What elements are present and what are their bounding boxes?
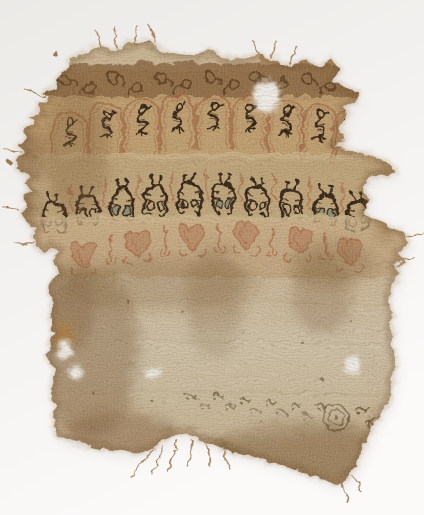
photo-stage xyxy=(0,0,424,515)
textile-photo xyxy=(0,0,424,515)
loose-speck xyxy=(6,158,10,162)
loose-speck xyxy=(52,50,57,55)
loose-speck xyxy=(4,206,7,209)
